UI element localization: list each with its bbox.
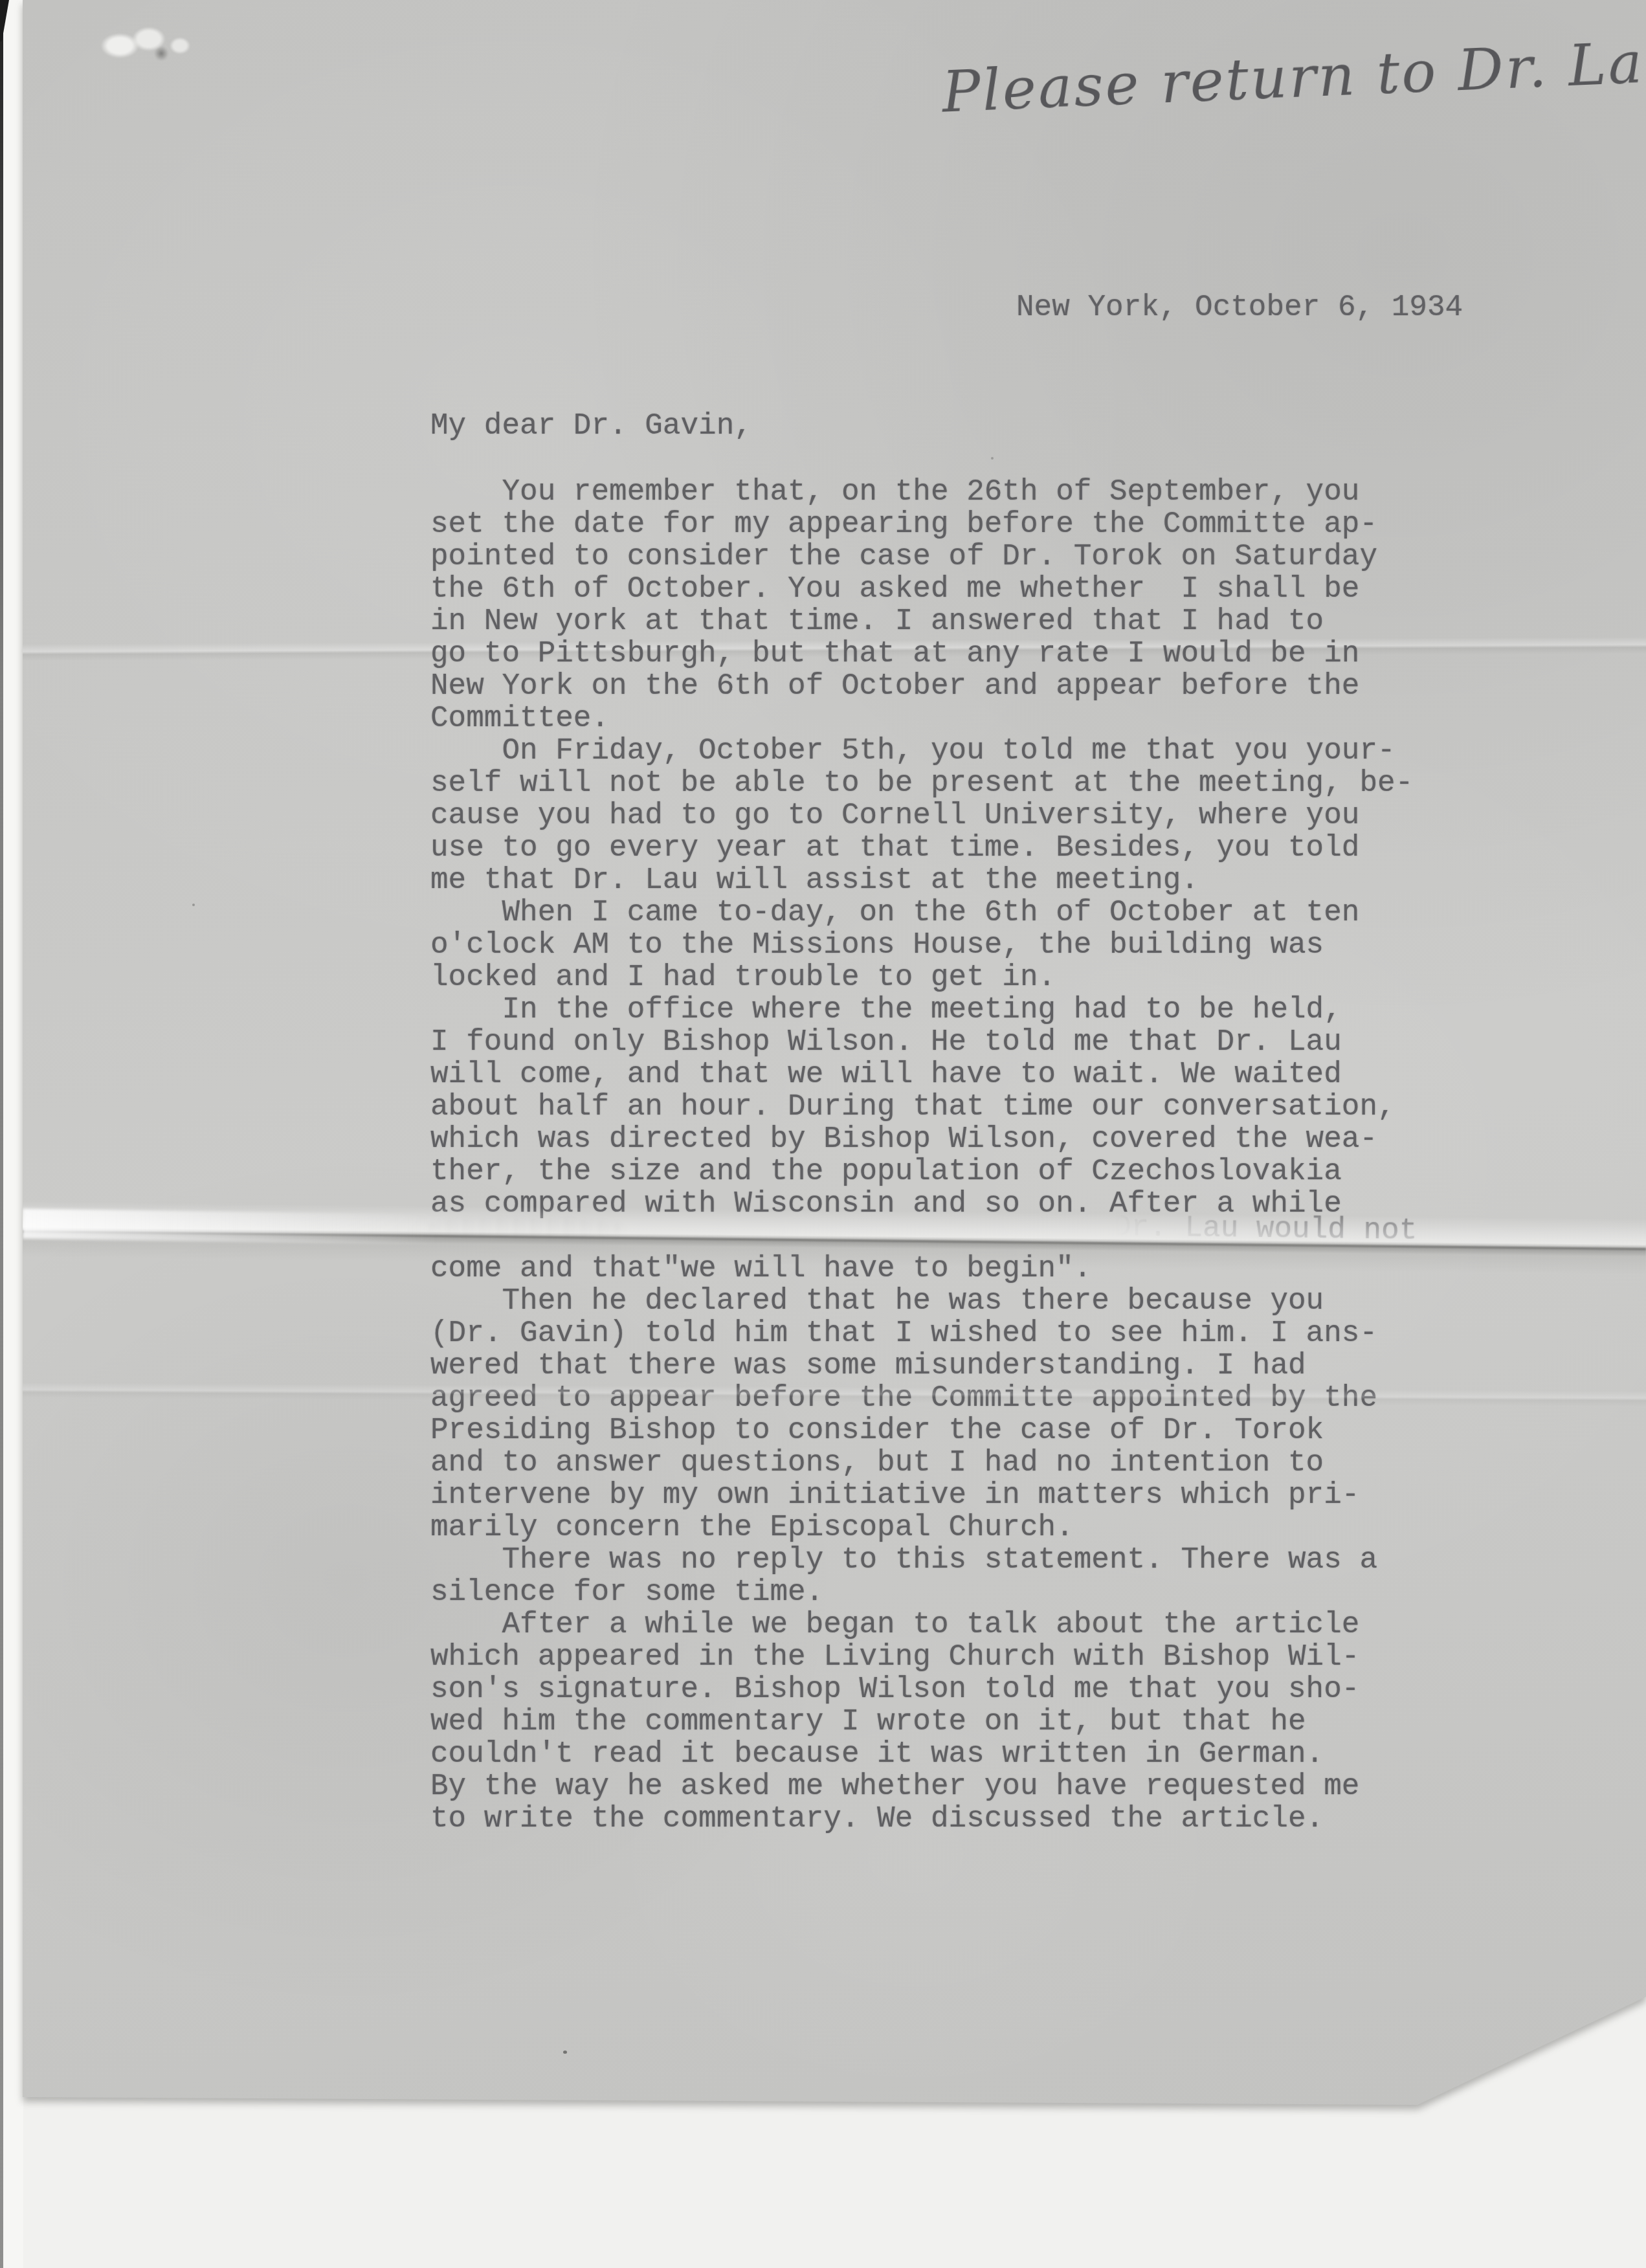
- typed-line: Then he declared that he was there becau…: [430, 1285, 1413, 1317]
- typed-line: the 6th of October. You asked me whether…: [430, 573, 1413, 605]
- dateline: New York, October 6, 1934: [1016, 291, 1463, 324]
- letter-paragraphs: You remember that, on the 26th of Septem…: [430, 476, 1413, 1835]
- typed-line: locked and I had trouble to get in.: [430, 961, 1413, 994]
- paper-damage-spot: [97, 27, 201, 61]
- paper-speck: [563, 2051, 567, 2054]
- typed-line: will come, and that we will have to wait…: [430, 1058, 1413, 1091]
- typed-line: which appeared in the Living Church with…: [430, 1641, 1413, 1673]
- typed-line: go to Pittsburgh, but that at any rate I…: [430, 638, 1413, 670]
- typed-line: pointed to consider the case of Dr. Toro…: [430, 540, 1413, 573]
- typed-line: to write the commentary. We discussed th…: [430, 1803, 1413, 1835]
- typed-line: o'clock AM to the Missions House, the bu…: [430, 929, 1413, 961]
- typed-line: in New york at that time. I answered tha…: [430, 605, 1413, 638]
- typed-line: When I came to-day, on the 6th of Octobe…: [430, 896, 1413, 929]
- typed-line: which was directed by Bishop Wilson, cov…: [430, 1123, 1413, 1155]
- typed-line: cause you had to go to Cornell Universit…: [430, 799, 1413, 832]
- typed-line: use to go every year at that time. Besid…: [430, 832, 1413, 864]
- paper-speck: [991, 457, 994, 460]
- typed-line: You remember that, on the 26th of Septem…: [430, 476, 1413, 508]
- typed-line: Committee.: [430, 702, 1413, 735]
- salutation: My dear Dr. Gavin,: [430, 410, 752, 442]
- typed-line: (Dr. Gavin) told him that I wished to se…: [430, 1317, 1413, 1350]
- typed-line: On Friday, October 5th, you told me that…: [430, 735, 1413, 767]
- handwritten-note: Please return to Dr. Lau.: [940, 27, 1646, 125]
- typed-line: There was no reply to this statement. Th…: [430, 1544, 1413, 1576]
- typed-line: marily concern the Episcopal Church.: [430, 1511, 1413, 1544]
- typed-line: me that Dr. Lau will assist at the meeti…: [430, 864, 1413, 896]
- letter-paper: Please return to Dr. Lau. New York, Octo…: [23, 0, 1646, 2109]
- typed-line: self will not be able to be present at t…: [430, 767, 1413, 799]
- typed-line: about half an hour. During that time our…: [430, 1091, 1413, 1123]
- typed-line: wered that there was some misunderstandi…: [430, 1350, 1413, 1382]
- paper-fold-glare: [23, 1209, 438, 1245]
- typed-line: ther, the size and the population of Cze…: [430, 1155, 1413, 1188]
- letter-paper-wrap: Please return to Dr. Lau. New York, Octo…: [0, 0, 1646, 2268]
- typed-line: wed him the commentary I wrote on it, bu…: [430, 1706, 1413, 1738]
- typed-line: set the date for my appearing before the…: [430, 508, 1413, 540]
- typed-line: intervene by my own initiative in matter…: [430, 1479, 1413, 1511]
- typed-line: Presiding Bishop to consider the case of…: [430, 1414, 1413, 1447]
- typed-line: I found only Bishop Wilson. He told me t…: [430, 1026, 1413, 1058]
- typed-line: silence for some time.: [430, 1576, 1413, 1608]
- typed-line: New York on the 6th of October and appea…: [430, 670, 1413, 702]
- paper-speck: [192, 904, 195, 906]
- typed-line: In the office where the meeting had to b…: [430, 994, 1413, 1026]
- typed-line: and to answer questions, but I had no in…: [430, 1447, 1413, 1479]
- typed-line: couldn't read it because it was written …: [430, 1738, 1413, 1770]
- typed-line: By the way he asked me whether you have …: [430, 1770, 1413, 1803]
- typed-line: After a while we began to talk about the…: [430, 1608, 1413, 1641]
- typed-line: son's signature. Bishop Wilson told me t…: [430, 1673, 1413, 1706]
